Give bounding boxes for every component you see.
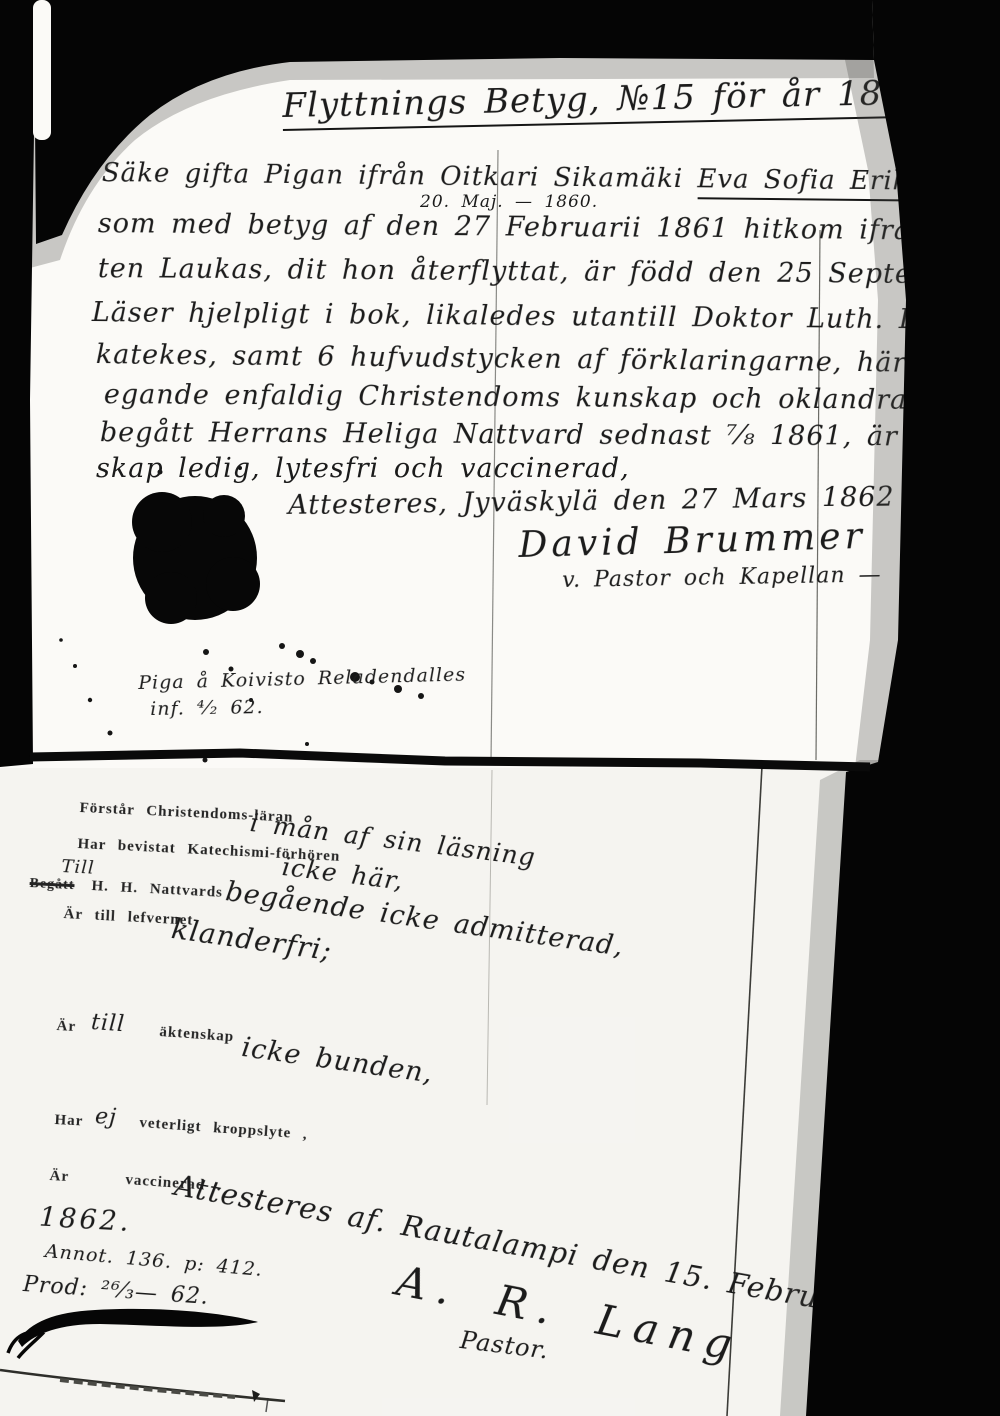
page-edge-line (727, 766, 762, 1416)
form-inserted-till-2: till (90, 1010, 126, 1037)
form-label-har: Har (54, 1112, 84, 1130)
margin-year: 1862. (38, 1202, 132, 1238)
registry-note-line-2: inf. ⁴⁄₂ 62. (150, 696, 264, 720)
pen-flourish (18, 1309, 258, 1347)
scratch-line (0, 1370, 285, 1401)
form-label-ar-2: Är (49, 1168, 69, 1186)
body-line-5: egande enfaldig Christendoms kunskap och… (104, 379, 979, 416)
body-line-6: begått Herrans Heliga Nattvard sednast ⁷… (100, 417, 1000, 453)
form-label-ar: Är (56, 1018, 76, 1036)
body-line-7: skap ledig, lytesfri och vaccinerad, (96, 453, 630, 484)
form-label-begatt-struck: Begått (29, 876, 75, 894)
scratch-blob (252, 1390, 260, 1402)
ink-blot (132, 492, 260, 624)
intro-subnote: 20. Maj. — 1860. (420, 192, 598, 212)
form-inserted-till: Till (61, 856, 95, 879)
form-inserted-ej: ej (94, 1104, 118, 1130)
intro-pre: Säke gifta Pigan ifrån Oitkari Sikamäki (102, 158, 698, 194)
document-scan: Flyttnings Betyg, №15 för år 1862 Säke g… (0, 0, 1000, 1416)
person-name: Eva Sofia Eriksd. Kjönt (697, 164, 1000, 203)
